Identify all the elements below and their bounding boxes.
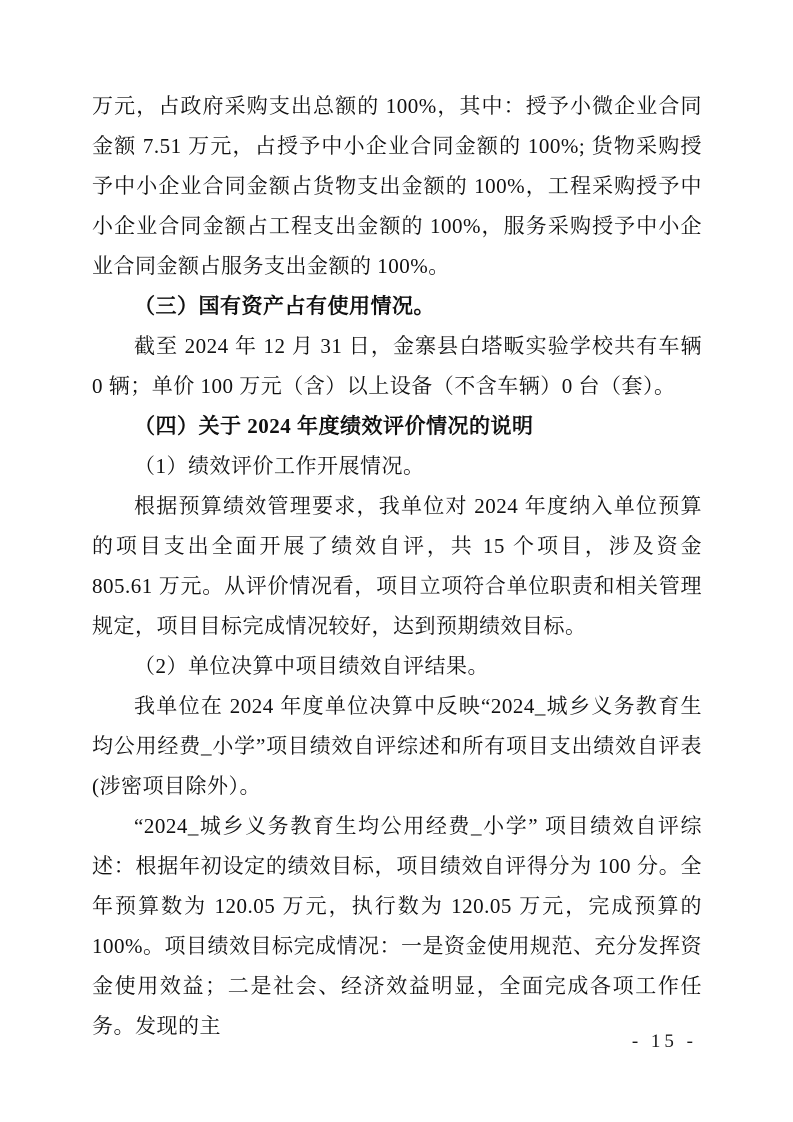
- document-body: 万元，占政府采购支出总额的 100%，其中：授予小微企业合同金额 7.51 万元…: [92, 86, 702, 1046]
- subheading-evaluation-work: （1）绩效评价工作开展情况。: [92, 446, 702, 486]
- paragraph-project-self-evaluation-summary: “2024_城乡义务教育生均公用经费_小学” 项目绩效自评综述：根据年初设定的绩…: [92, 806, 702, 1046]
- section-heading-state-assets: （三）国有资产占有使用情况。: [92, 286, 702, 326]
- paragraph-state-assets-detail: 截至 2024 年 12 月 31 日，金寨县白塔畈实验学校共有车辆 0 辆；单…: [92, 326, 702, 406]
- paragraph-procurement-continuation: 万元，占政府采购支出总额的 100%，其中：授予小微企业合同金额 7.51 万元…: [92, 86, 702, 286]
- page-number: - 15 -: [632, 1030, 697, 1054]
- paragraph-self-evaluation-scope: 我单位在 2024 年度单位决算中反映“2024_城乡义务教育生均公用经费_小学…: [92, 686, 702, 806]
- paragraph-evaluation-work-detail: 根据预算绩效管理要求，我单位对 2024 年度纳入单位预算的项目支出全面开展了绩…: [92, 486, 702, 646]
- document-page: 万元，占政府采购支出总额的 100%，其中：授予小微企业合同金额 7.51 万元…: [0, 0, 793, 1122]
- subheading-self-evaluation-results: （2）单位决算中项目绩效自评结果。: [92, 646, 702, 686]
- section-heading-performance-evaluation: （四）关于 2024 年度绩效评价情况的说明: [92, 406, 702, 446]
